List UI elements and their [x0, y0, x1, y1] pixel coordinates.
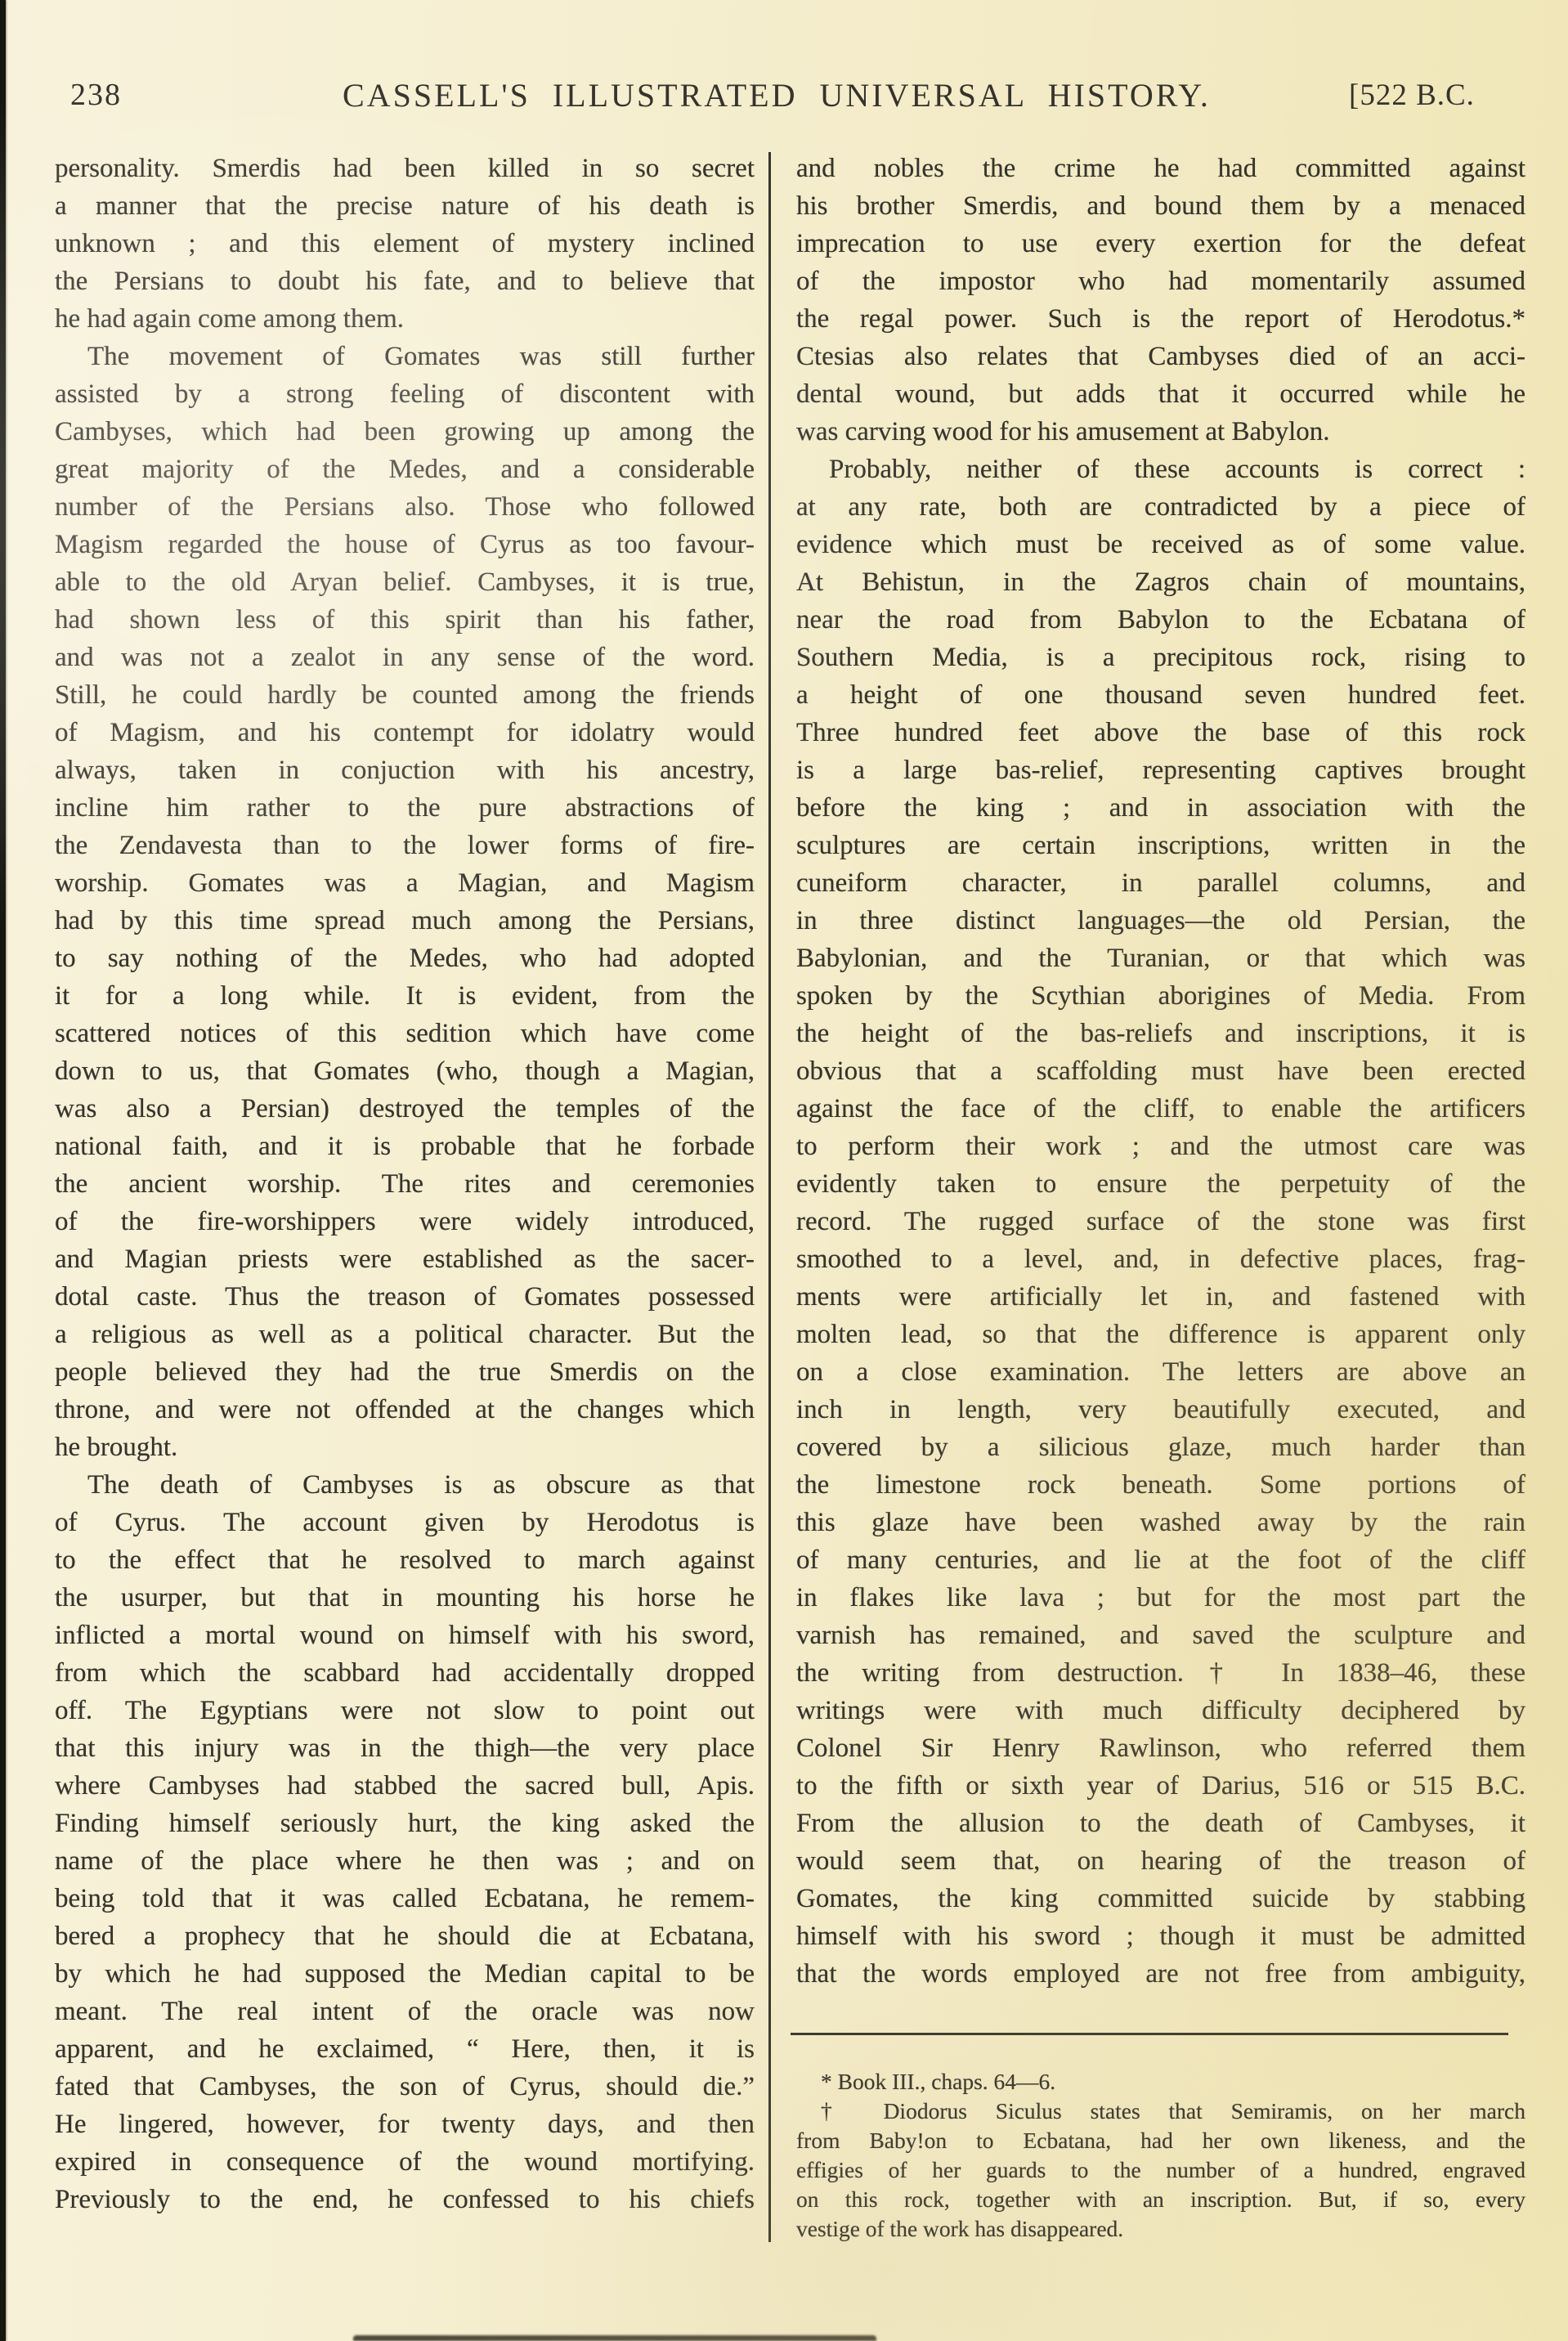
text-line: molten lead, so that the difference is a…	[796, 1316, 1525, 1353]
footnote-line: * Book III., chaps. 64—6.	[796, 2067, 1525, 2097]
text-line: of Magism, and his contempt for idolatry…	[55, 714, 755, 751]
text-line: Probably, neither of these accounts is c…	[796, 451, 1525, 488]
text-line: dotal caste. Thus the treason of Gomates…	[55, 1278, 755, 1316]
footnotes: * Book III., chaps. 64—6.† Diodorus Sicu…	[796, 2067, 1525, 2244]
text-line: and Magian priests were established as t…	[55, 1240, 755, 1278]
text-line: dental wound, but adds that it occurred …	[796, 375, 1525, 413]
text-line: is a large bas-relief, representing capt…	[796, 751, 1525, 789]
text-line: a height of one thousand seven hundred f…	[796, 676, 1525, 714]
text-line: Colonel Sir Henry Rawlinson, who referre…	[796, 1729, 1525, 1767]
text-line: always, taken in conjuction with his anc…	[55, 751, 755, 789]
text-line: in flakes like lava ; but for the most p…	[796, 1579, 1525, 1617]
text-line: sculptures are certain inscriptions, wri…	[796, 827, 1525, 864]
text-line: to the fifth or sixth year of Darius, 51…	[796, 1767, 1525, 1805]
text-line: incline him rather to the pure abstracti…	[55, 789, 755, 827]
text-line: the Zendavesta than to the lower forms o…	[55, 827, 755, 864]
text-line: of Cyrus. The account given by Herodotus…	[55, 1504, 755, 1541]
text-line: Babylonian, and the Turanian, or that wh…	[796, 940, 1525, 977]
text-line: scattered notices of this sedition which…	[55, 1015, 755, 1052]
text-line: fated that Cambyses, the son of Cyrus, s…	[55, 2068, 755, 2106]
footnote-separator-rule	[791, 2033, 1508, 2035]
text-line: evidence which must be received as of so…	[796, 526, 1525, 563]
text-line: great majority of the Medes, and a consi…	[55, 451, 755, 488]
text-line: At Behistun, in the Zagros chain of moun…	[796, 563, 1525, 601]
text-line: covered by a silicious glaze, much harde…	[796, 1428, 1525, 1466]
text-line: inch in length, very beautifully execute…	[796, 1391, 1525, 1428]
text-line: by which he had supposed the Median capi…	[55, 1955, 755, 1993]
text-line: varnish has remained, and saved the scul…	[796, 1617, 1525, 1654]
text-line: being told that it was called Ecbatana, …	[55, 1880, 755, 1917]
text-line: of the impostor who had momentarily assu…	[796, 262, 1525, 300]
text-line: Finding himself seriously hurt, the king…	[55, 1805, 755, 1842]
text-line: inflicted a mortal wound on himself with…	[55, 1617, 755, 1654]
text-line: to the effect that he resolved to march …	[55, 1541, 755, 1579]
text-line: off. The Egyptians were not slow to poin…	[55, 1692, 755, 1729]
text-line: national faith, and it is probable that …	[55, 1128, 755, 1165]
text-line: he had again come among them.	[55, 300, 755, 338]
text-line: smoothed to a level, and, in defective p…	[796, 1240, 1525, 1278]
text-line: cuneiform character, in parallel columns…	[796, 864, 1525, 902]
text-line: throne, and were not offended at the cha…	[55, 1391, 755, 1428]
text-line: meant. The real intent of the oracle was…	[55, 1993, 755, 2030]
text-line: in three distinct languages—the old Pers…	[796, 902, 1525, 940]
text-line: the usurper, but that in mounting his ho…	[55, 1579, 755, 1617]
text-line: would seem that, on hearing of the treas…	[796, 1842, 1525, 1880]
text-line: bered a prophecy that he should die at E…	[55, 1917, 755, 1955]
text-line: that the words employed are not free fro…	[796, 1955, 1525, 1993]
text-line: this glaze have been washed away by the …	[796, 1504, 1525, 1541]
text-line: was carving wood for his amusement at Ba…	[796, 413, 1525, 451]
scan-edge-left	[0, 0, 6, 2341]
footnote-line: vestige of the work has disappeared.	[796, 2214, 1525, 2244]
text-line: obvious that a scaffolding must have bee…	[796, 1052, 1525, 1090]
text-line: Gomates, the king committed suicide by s…	[796, 1880, 1525, 1917]
footnote-line: from Baby!on to Ecbatana, had her own li…	[796, 2126, 1525, 2155]
date-marker: [522 B.C.	[1349, 78, 1475, 113]
text-line: spoken by the Scythian aborigines of Med…	[796, 977, 1525, 1015]
text-line: able to the old Aryan belief. Cambyses, …	[55, 563, 755, 601]
page-number: 238	[70, 77, 122, 113]
text-line: ments were artificially let in, and fast…	[796, 1278, 1525, 1316]
text-line: Cambyses, which had been growing up amon…	[55, 413, 755, 451]
text-line: imprecation to use every exertion for th…	[796, 225, 1525, 262]
text-line: to perform their work ; and the utmost c…	[796, 1128, 1525, 1165]
text-line: the regal power. Such is the report of H…	[796, 300, 1525, 338]
text-line: number of the Persians also. Those who f…	[55, 488, 755, 526]
footnote-line: on this rock, together with an inscripti…	[796, 2185, 1525, 2214]
text-line: that this injury was in the thigh—the ve…	[55, 1729, 755, 1767]
text-line: Previously to the end, he confessed to h…	[55, 2181, 755, 2218]
text-line: the limestone rock beneath. Some portion…	[796, 1466, 1525, 1504]
text-line: people believed they had the true Smerdi…	[55, 1353, 755, 1391]
text-line: Ctesias also relates that Cambyses died …	[796, 338, 1525, 375]
text-line: to say nothing of the Medes, who had ado…	[55, 940, 755, 977]
text-line: worship. Gomates was a Magian, and Magis…	[55, 864, 755, 902]
running-title: CASSELL'S ILLUSTRATED UNIVERSAL HISTORY.	[327, 76, 1226, 114]
text-line: of many centuries, and lie at the foot o…	[796, 1541, 1525, 1579]
text-line: writings were with much difficulty decip…	[796, 1692, 1525, 1729]
column-divider-rule	[768, 152, 771, 2242]
text-line: and was not a zealot in any sense of the…	[55, 639, 755, 676]
text-line: personality. Smerdis had been killed in …	[55, 150, 755, 187]
text-line: apparent, and he exclaimed, “ Here, then…	[55, 2030, 755, 2068]
text-line: the ancient worship. The rites and cerem…	[55, 1165, 755, 1203]
text-line: and nobles the crime he had committed ag…	[796, 150, 1525, 187]
text-line: Magism regarded the house of Cyrus as to…	[55, 526, 755, 563]
right-column: and nobles the crime he had committed ag…	[796, 150, 1525, 1993]
footnote-line: † Diodorus Siculus states that Semiramis…	[796, 2097, 1525, 2126]
text-line: had shown less of this spirit than his f…	[55, 601, 755, 639]
text-line: the Persians to doubt his fate, and to b…	[55, 262, 755, 300]
text-line: assisted by a strong feeling of disconte…	[55, 375, 755, 413]
text-line: From the allusion to the death of Cambys…	[796, 1805, 1525, 1842]
text-line: from which the scabbard had accidentally…	[55, 1654, 755, 1692]
text-line: The movement of Gomates was still furthe…	[55, 338, 755, 375]
text-line: where Cambyses had stabbed the sacred bu…	[55, 1767, 755, 1805]
text-line: The death of Cambyses is as obscure as t…	[55, 1466, 755, 1504]
text-line: the writing from destruction.† In 1838–4…	[796, 1654, 1525, 1692]
text-line: his brother Smerdis, and bound them by a…	[796, 187, 1525, 225]
text-line: on a close examination. The letters are …	[796, 1353, 1525, 1391]
text-line: of the fire-worshippers were widely intr…	[55, 1203, 755, 1240]
scan-artifact-bottom	[353, 2335, 876, 2341]
text-line: evidently taken to ensure the perpetuity…	[796, 1165, 1525, 1203]
left-column: personality. Smerdis had been killed in …	[55, 150, 755, 2218]
text-line: Still, he could hardly be counted among …	[55, 676, 755, 714]
text-line: near the road from Babylon to the Ecbata…	[796, 601, 1525, 639]
text-line: He lingered, however, for twenty days, a…	[55, 2106, 755, 2143]
text-line: record. The rugged surface of the stone …	[796, 1203, 1525, 1240]
text-line: name of the place where he then was ; an…	[55, 1842, 755, 1880]
text-line: Southern Media, is a precipitous rock, r…	[796, 639, 1525, 676]
text-line: a manner that the precise nature of his …	[55, 187, 755, 225]
text-line: down to us, that Gomates (who, though a …	[55, 1052, 755, 1090]
text-line: had by this time spread much among the P…	[55, 902, 755, 940]
text-line: at any rate, both are contradicted by a …	[796, 488, 1525, 526]
text-line: before the king ; and in association wit…	[796, 789, 1525, 827]
text-line: expired in consequence of the wound mort…	[55, 2143, 755, 2181]
text-line: Three hundred feet above the base of thi…	[796, 714, 1525, 751]
text-line: himself with his sword ; though it must …	[796, 1917, 1525, 1955]
text-line: was also a Persian) destroyed the temple…	[55, 1090, 755, 1128]
footnote-line: effigies of her guards to the number of …	[796, 2155, 1525, 2185]
text-line: it for a long while. It is evident, from…	[55, 977, 755, 1015]
text-line: unknown ; and this element of mystery in…	[55, 225, 755, 262]
text-line: the height of the bas-reliefs and inscri…	[796, 1015, 1525, 1052]
text-line: against the face of the cliff, to enable…	[796, 1090, 1525, 1128]
text-line: he brought.	[55, 1428, 755, 1466]
text-line: a religious as well as a political chara…	[55, 1316, 755, 1353]
